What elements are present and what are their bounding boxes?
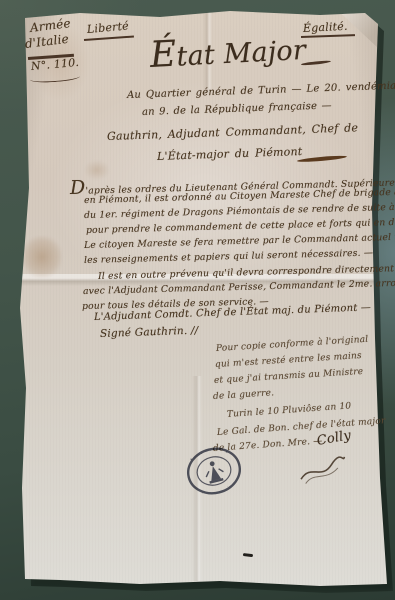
page-title: État Major [149, 27, 307, 76]
ink-stain-left [22, 236, 62, 278]
motto-egalite: Égalité. [303, 20, 348, 35]
svg-text:· ·: · · [227, 484, 231, 489]
title-initial: É [149, 34, 178, 76]
svg-text:· · ·: · · · [196, 452, 203, 457]
photo-of-manuscript: Armée d'Italie N°. 110. Liberté Égalité.… [0, 0, 395, 600]
title-rest: tat Major [176, 35, 307, 73]
svg-text:· · ·: · · · [214, 490, 221, 495]
svg-text:· ·: · · [202, 491, 206, 496]
svg-text:✶: ✶ [225, 450, 229, 455]
svg-text:· · ·: · · · [210, 448, 217, 453]
